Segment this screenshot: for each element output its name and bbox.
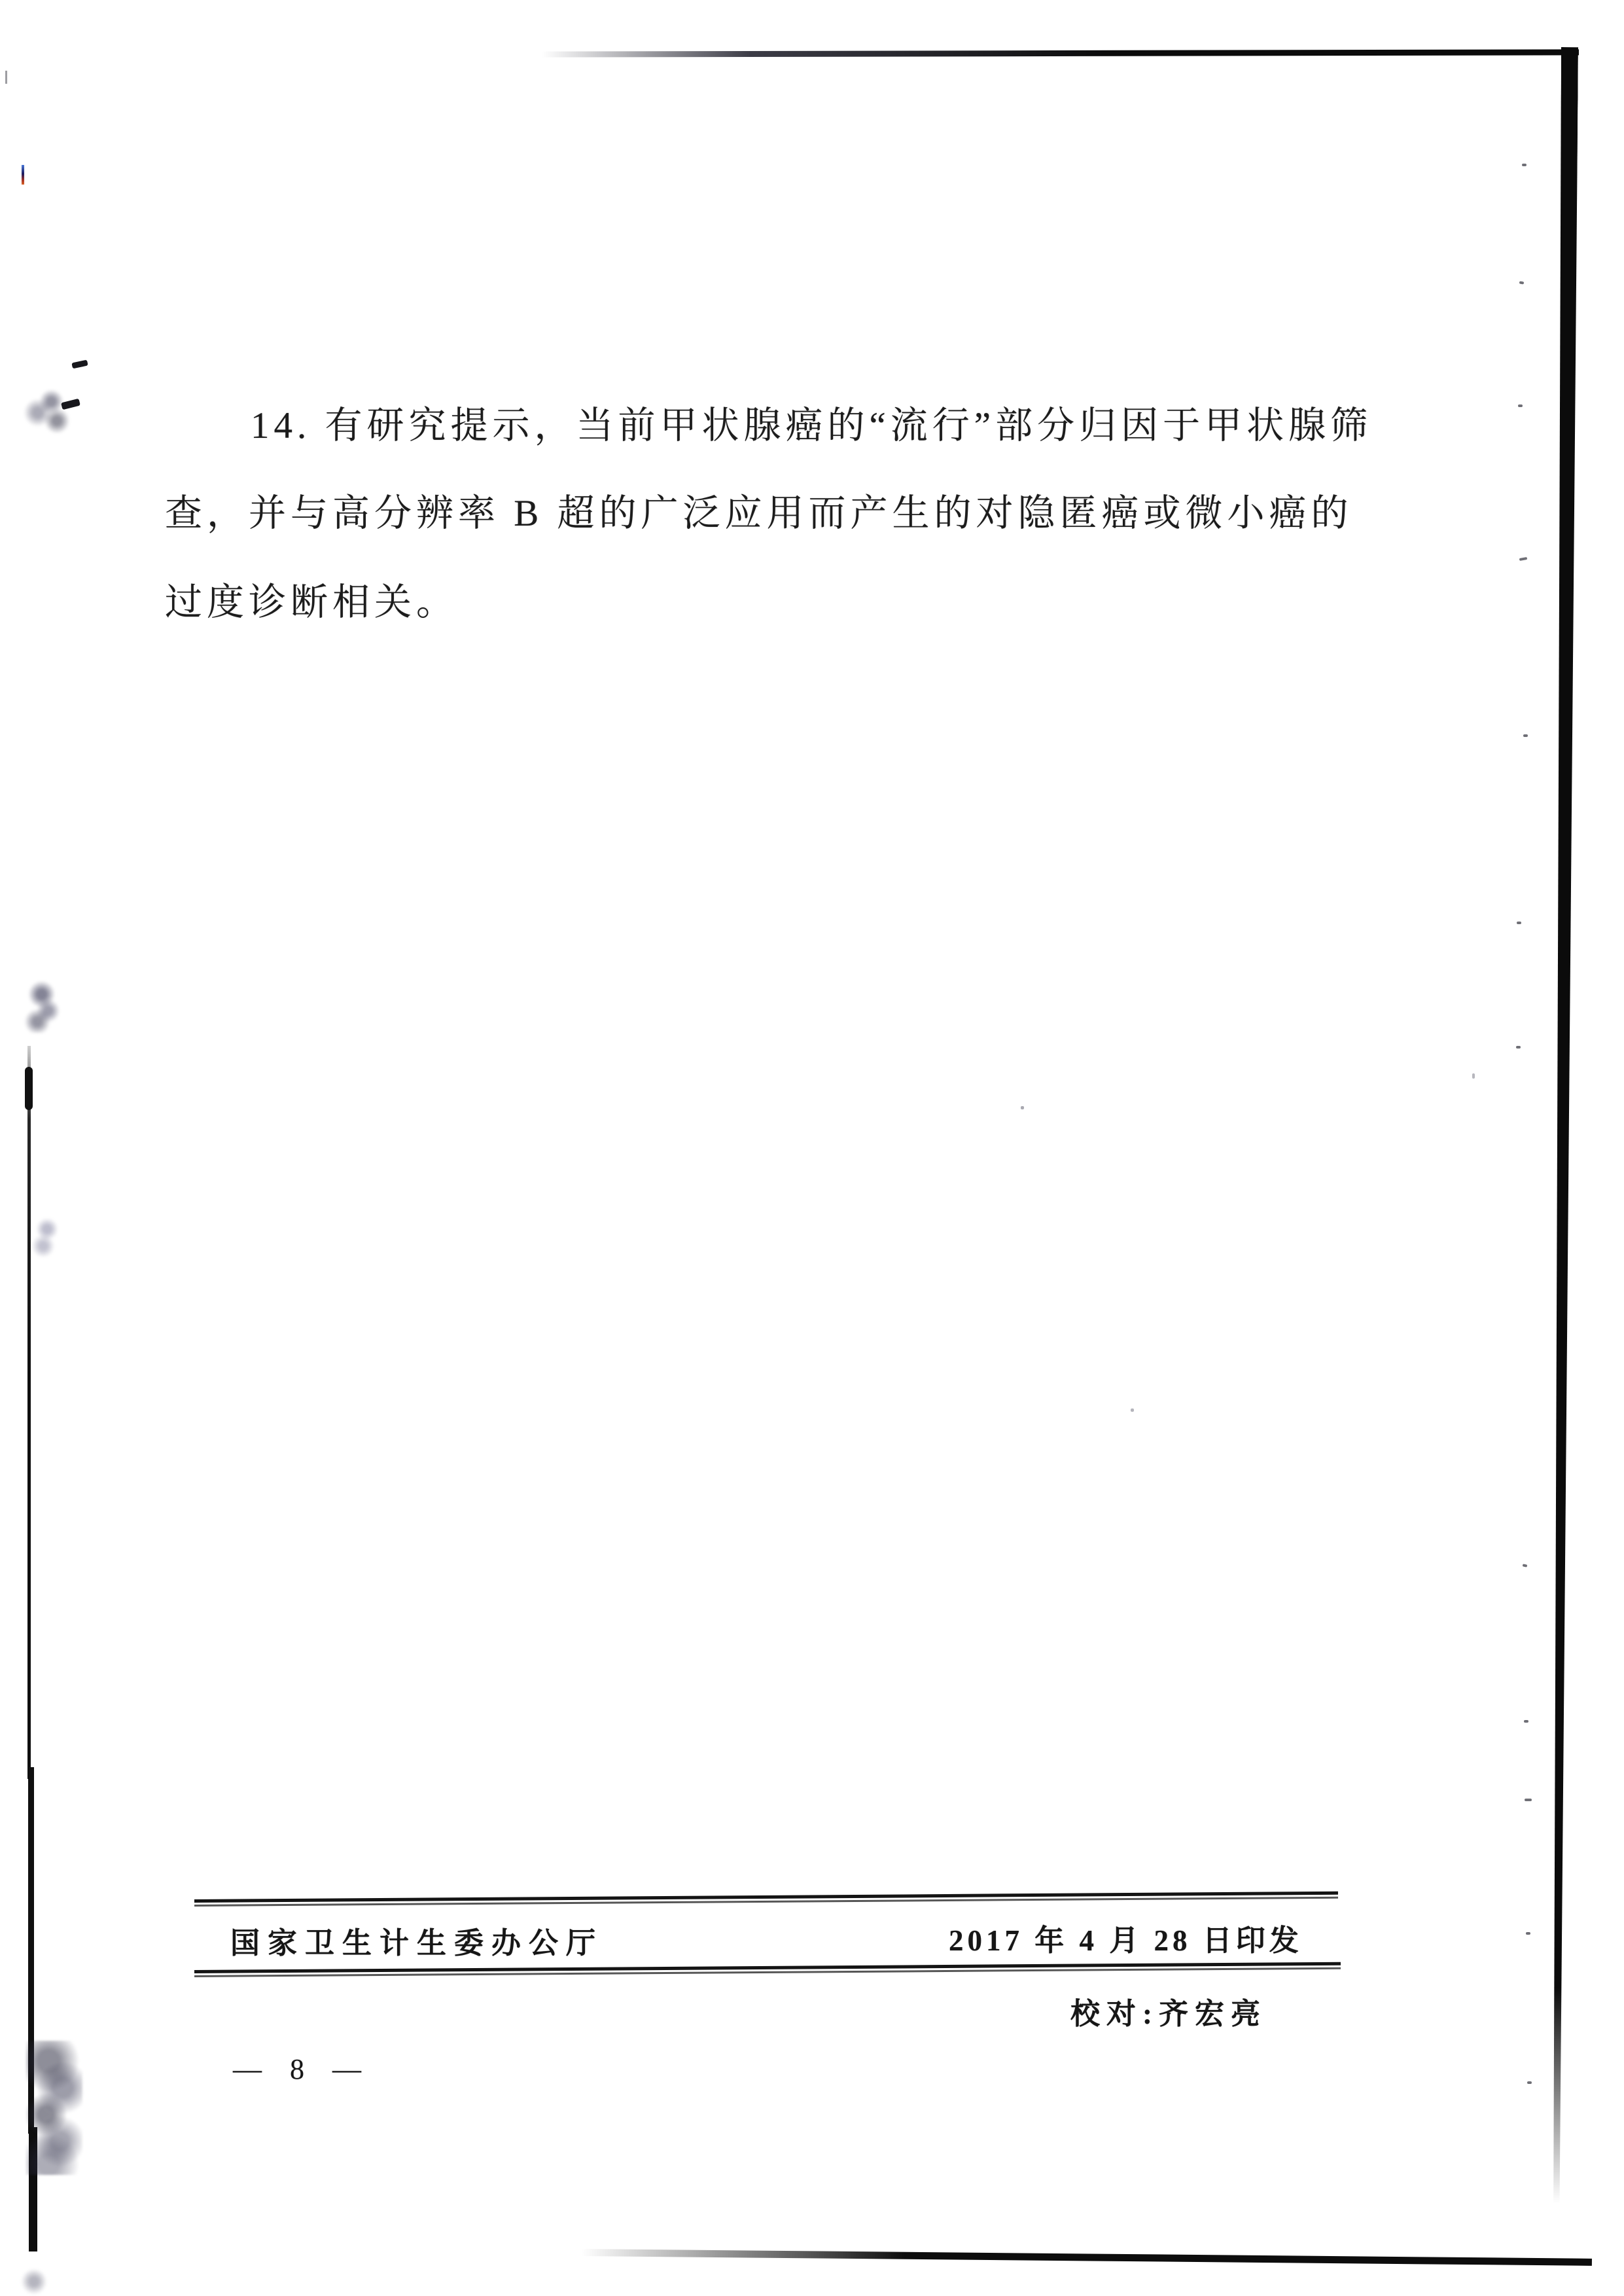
paragraph-line-3: 过度诊断相关。: [165, 572, 458, 626]
scanned-document-page: 14. 有研究提示，当前甲状腺癌的“流行”部分归因于甲状腺筛 查，并与高分辨率 …: [0, 0, 1624, 2296]
scan-border-top: [542, 49, 1579, 57]
scan-speck: [1523, 734, 1528, 737]
scan-smudge: [22, 978, 65, 1033]
scan-speck: [1524, 1720, 1528, 1723]
scan-speck: [1523, 1564, 1528, 1567]
scan-smudge: [26, 2041, 82, 2175]
scan-speck: [1526, 1932, 1530, 1935]
scan-speck: [61, 399, 80, 410]
scan-speck: [1517, 922, 1521, 924]
scan-speck: [1522, 164, 1527, 166]
scan-left-blob: [25, 1067, 33, 1110]
paragraph-line-2: 查，并与高分辨率 B 超的广泛应用而产生的对隐匿癌或微小癌的: [165, 483, 1353, 537]
page-number: — 8 —: [233, 2053, 372, 2086]
paragraph-line-1: 14. 有研究提示，当前甲状腺癌的“流行”部分归因于甲状腺筛: [251, 395, 1372, 449]
scan-color-tick: [22, 165, 24, 185]
scan-speck: [1472, 1073, 1475, 1079]
scan-border-bottom: [581, 2249, 1592, 2266]
scan-smudge: [17, 2269, 51, 2295]
scan-speck: [5, 71, 7, 84]
scan-speck: [1519, 281, 1524, 285]
footer-top-rule: [194, 1892, 1338, 1903]
scan-left-streak: [27, 1046, 31, 1779]
scan-speck: [1131, 1408, 1134, 1412]
footer-bottom-rule: [194, 1962, 1341, 1973]
scan-speck: [1516, 1046, 1521, 1049]
print-date: 2017 年 4 月 28 日印发: [949, 1916, 1303, 1959]
scan-speck: [1525, 1799, 1532, 1801]
scan-speck: [1021, 1106, 1024, 1109]
scan-left-streak-bottom: [29, 2127, 37, 2251]
scan-smudge: [16, 380, 71, 435]
scan-smudge: [27, 1212, 67, 1261]
scan-speck: [71, 360, 88, 369]
issuing-office: 国家卫生计生委办公厅: [230, 1919, 603, 1962]
scan-speck: [1519, 557, 1528, 561]
scan-left-streak-lower: [28, 1767, 34, 2134]
scan-speck: [1527, 2081, 1532, 2084]
scan-border-right: [1547, 47, 1578, 2204]
scan-speck: [1518, 404, 1523, 407]
proofreader-line: 校对:齐宏亮: [1070, 1990, 1267, 2032]
